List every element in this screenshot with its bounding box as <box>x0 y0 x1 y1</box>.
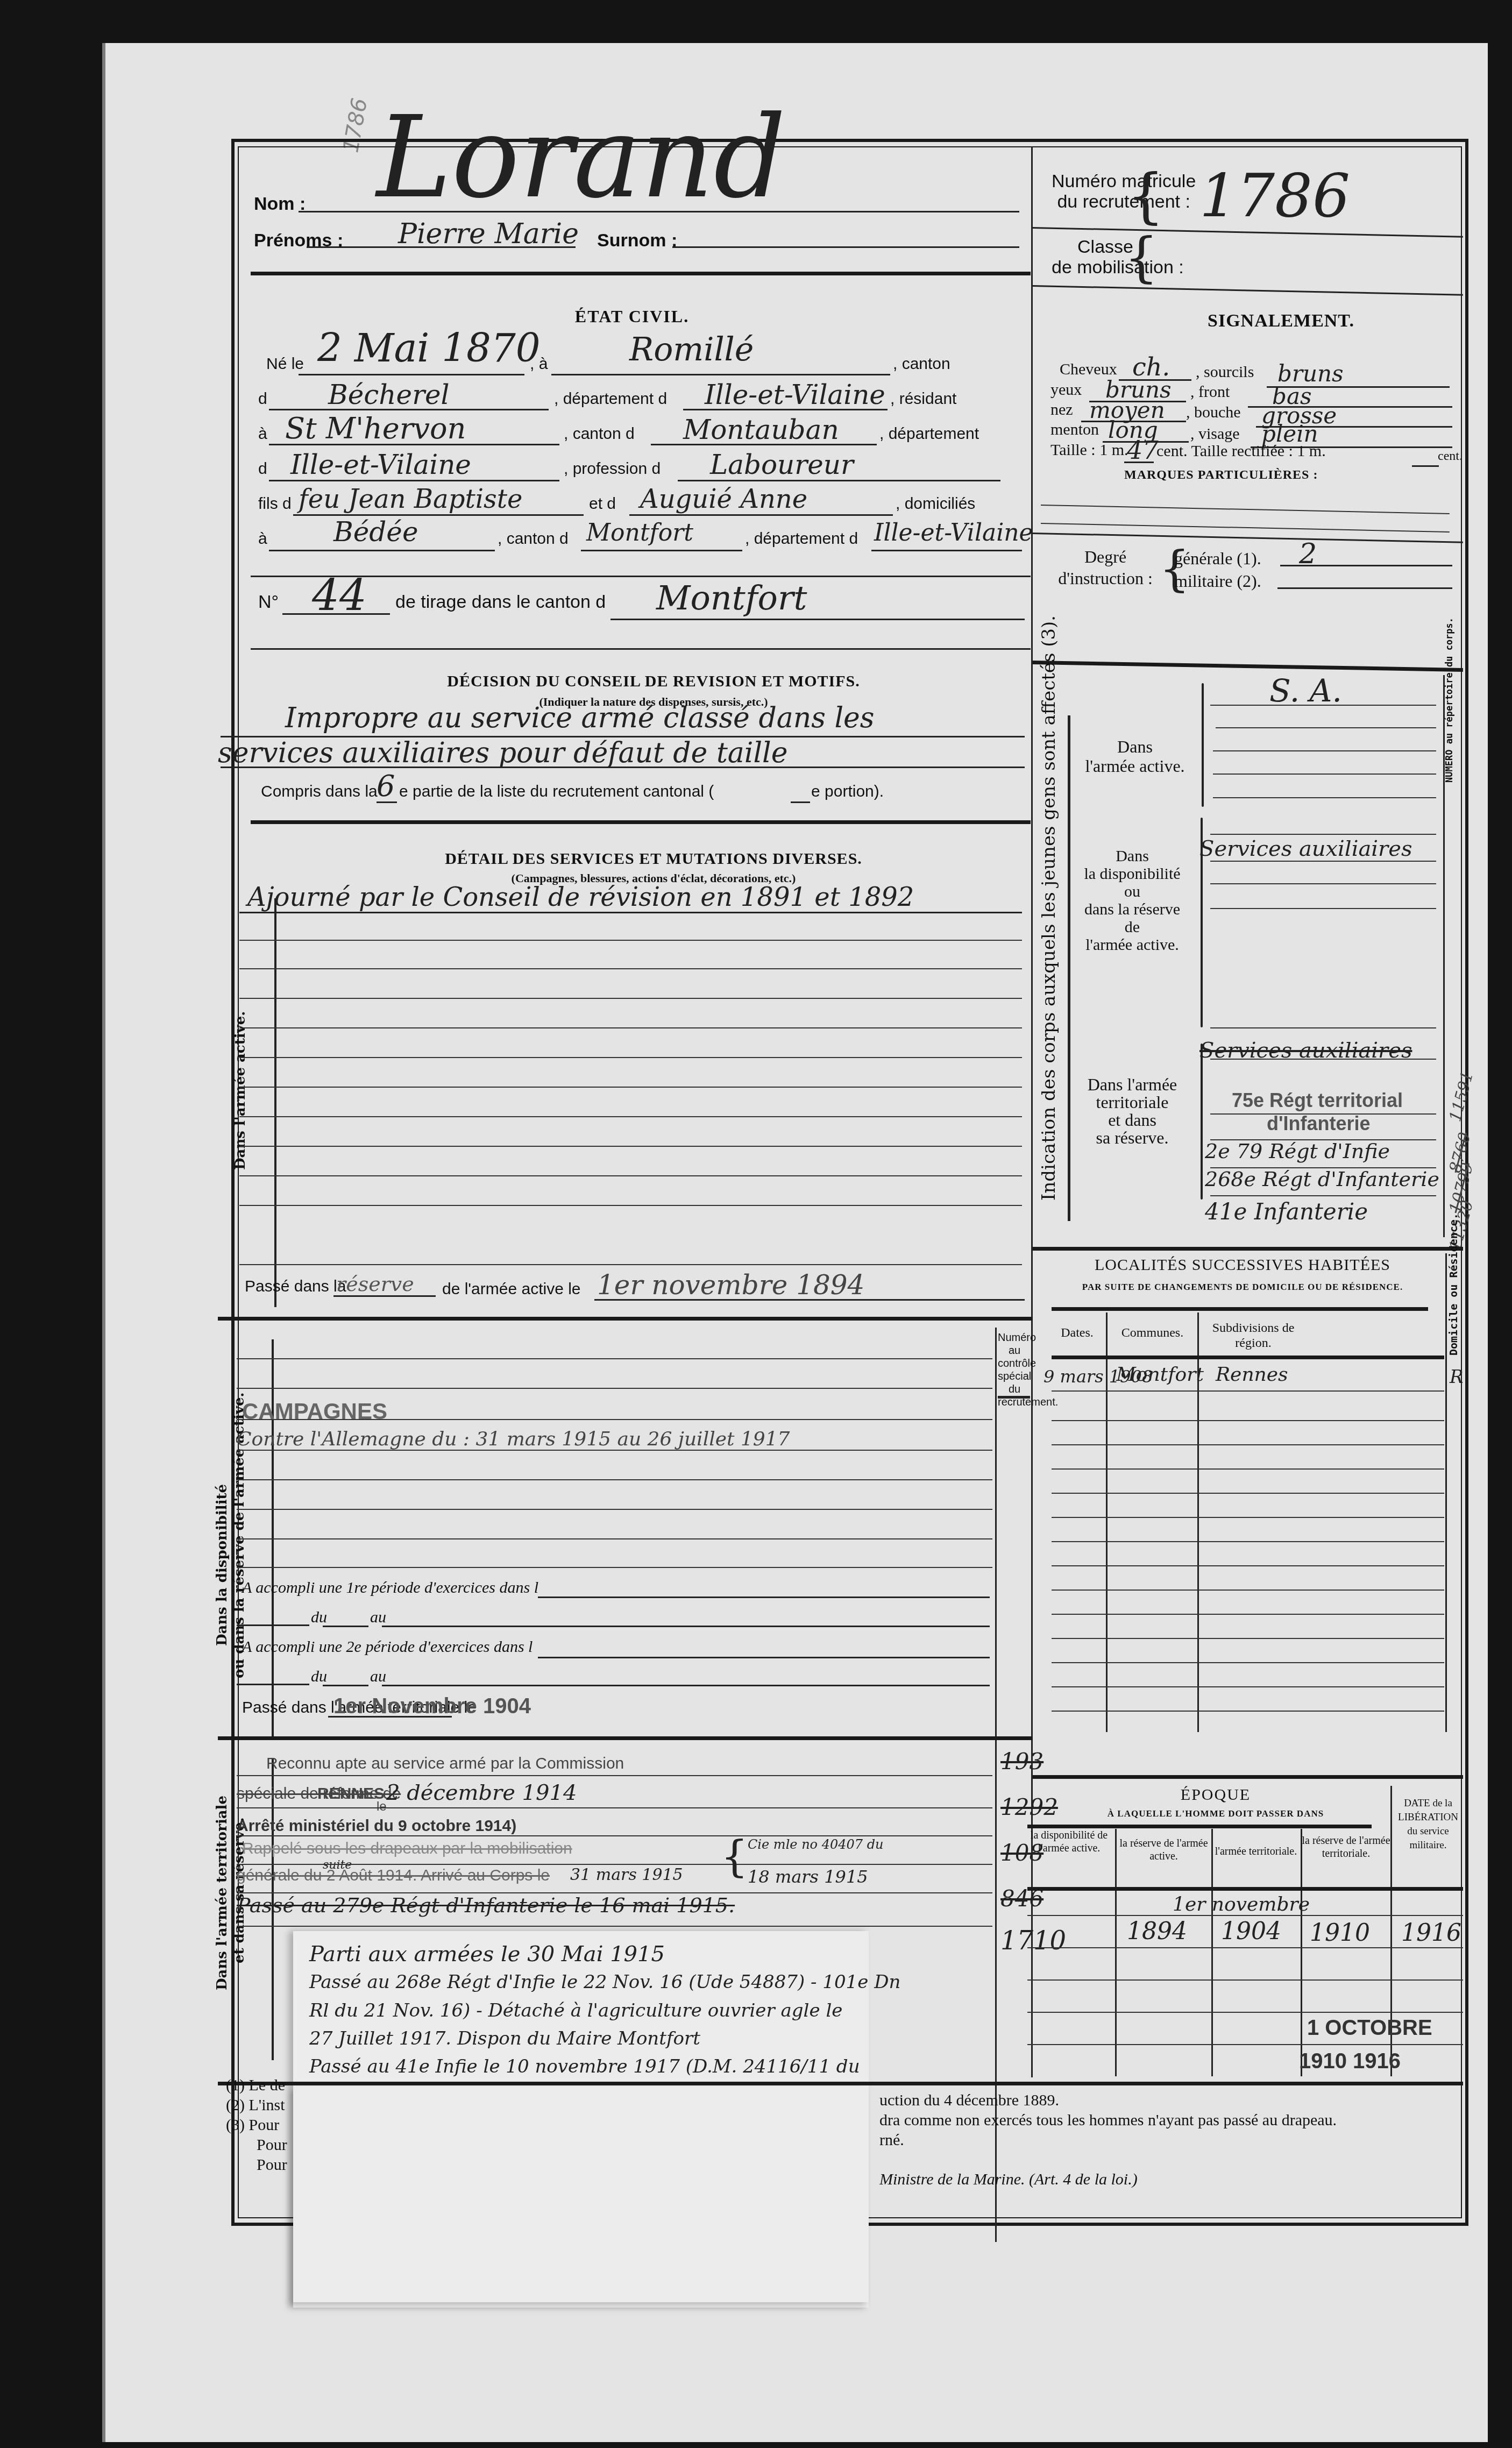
epoque-row-line <box>1027 2012 1463 2013</box>
ne-le-value[interactable]: 2 Mai 1870 <box>317 325 541 371</box>
epoque-row-line <box>1027 2044 1463 2045</box>
footnote-mark: (1) <box>226 2076 245 2094</box>
dom-departement-line <box>871 550 1022 551</box>
affect-line <box>1210 861 1436 862</box>
passe-reserve-label: Passé dans la <box>245 1278 346 1296</box>
front-label: , front <box>1190 383 1230 401</box>
localites-row-line <box>1052 1590 1444 1591</box>
divider <box>218 1317 1033 1321</box>
localites-row-line <box>1052 1638 1444 1639</box>
epoque-row-line <box>1027 1915 1463 1916</box>
affect-terr-brace <box>1201 1044 1203 1200</box>
fils-de-label: fils d <box>258 495 292 513</box>
services-line <box>237 1358 992 1359</box>
footnote-tail: uction du 4 décembre 1889. <box>879 2091 1059 2110</box>
matricule-label-line-2: du recrutement : <box>1052 191 1196 212</box>
tirage-label: de tirage dans le canton d <box>395 592 606 613</box>
departement2-label: , département <box>879 425 979 443</box>
compris-suffix: e partie de la liste du recrutement cant… <box>399 783 714 801</box>
epoque-row-line <box>1027 1947 1463 1948</box>
degre-label-line-1: Degré <box>1057 546 1154 567</box>
visage-label: , visage <box>1190 425 1240 443</box>
affect-dispo-label-line-3: ou <box>1073 883 1191 900</box>
right-number[interactable]: 193 <box>1000 1748 1044 1775</box>
departement-label: , département d <box>554 390 667 408</box>
departement-value[interactable]: Ille-et-Vilaine <box>705 379 885 410</box>
localites-side-divider <box>1445 1253 1447 1732</box>
passe-279[interactable]: Passé au 279e Régt d'Infanterie le 16 ma… <box>237 1893 735 1917</box>
divider <box>1033 1775 1463 1779</box>
surnom-field-line <box>672 246 1019 248</box>
dom-a-label: à <box>258 530 267 548</box>
periode1-line <box>538 1596 990 1598</box>
affect-line <box>1210 883 1436 884</box>
periode2-au-line <box>382 1685 990 1686</box>
taille-value[interactable]: 47 <box>1127 436 1159 465</box>
footnote-tail: rné. <box>879 2131 904 2149</box>
services-line <box>239 1087 1022 1088</box>
affect-terr-line-3[interactable]: 41e Infanterie <box>1205 1198 1368 1225</box>
matricule-brace: { <box>1127 161 1165 230</box>
services-line <box>237 1807 992 1808</box>
epoque-handwritten-header[interactable]: 1er novembre <box>1173 1893 1310 1915</box>
arrete-line: Arrêté ministériel du 9 octobre 1914) <box>237 1817 516 1835</box>
profession-value[interactable]: Laboureur <box>710 449 854 480</box>
epoque-col-divider <box>1301 1829 1302 2076</box>
numero-repertoire-label: NUMÉRO au répertoire du corps. <box>1444 618 1455 783</box>
localites-row-line <box>1052 1444 1444 1445</box>
a-label: , à <box>530 355 548 373</box>
numero-divider <box>1443 675 1445 1237</box>
decision-motif-line-2[interactable]: services auxiliaires pour défaut de tail… <box>218 737 787 769</box>
services-line <box>237 1926 992 1927</box>
periode2-line <box>538 1657 990 1658</box>
footnote-mark: (3) <box>226 2116 245 2134</box>
periode2-du-before <box>237 1684 309 1685</box>
services-line <box>237 1567 992 1568</box>
slip-line[interactable]: Parti aux armées le 30 Mai 1915 <box>309 1942 665 1967</box>
residant-label: , résidant <box>890 390 956 408</box>
localites-commune[interactable]: Montfort <box>1116 1364 1204 1386</box>
dom-departement-value[interactable]: Ille-et-Vilaine <box>874 519 1033 547</box>
portion-line <box>791 801 810 803</box>
tirage-no-value[interactable]: 44 <box>312 570 367 620</box>
footnote-tail: dra comme non exercés tous les hommes n'… <box>879 2111 1337 2130</box>
services-line <box>237 1775 992 1776</box>
nom-value[interactable]: Lorand <box>377 91 786 223</box>
epoque-value-reserve-active[interactable]: 1894 <box>1127 1918 1187 1945</box>
affect-line <box>1210 705 1436 706</box>
compris-label: Compris dans la <box>261 783 378 801</box>
dept2-d-label: d <box>258 460 267 478</box>
domicilies-label: , domiciliés <box>896 495 975 513</box>
periode2-label: A accompli une 2e période d'exercices da… <box>242 1638 533 1656</box>
affect-line <box>1213 797 1436 798</box>
slip-line[interactable]: Passé au 41e Infie le 10 novembre 1917 (… <box>309 2056 860 2077</box>
localites-header-rule <box>1052 1307 1428 1311</box>
militaire-label: militaire (2). <box>1174 571 1261 591</box>
epoque-col-divider <box>1115 1829 1117 2076</box>
tirage-no-label: N° <box>258 592 279 613</box>
epoque-header-rule <box>1027 1825 1372 1828</box>
services-line <box>239 1264 1022 1265</box>
periode1-label: A accompli une 1re période d'exercices d… <box>242 1579 538 1597</box>
affect-dispo-label-line-1: Dans <box>1073 847 1191 865</box>
divider <box>218 2082 1463 2085</box>
marques-title: MARQUES PARTICULIÈRES : <box>1124 468 1318 482</box>
localites-row-line <box>1052 1468 1444 1470</box>
services-line <box>237 1835 992 1836</box>
affect-line <box>1210 1113 1436 1115</box>
affect-dispo-label-line-6: l'armée active. <box>1073 936 1191 954</box>
dom-line <box>269 550 495 551</box>
periode2-du-line <box>323 1685 368 1686</box>
affect-line <box>1213 774 1436 775</box>
right-number[interactable]: 1710 <box>1000 1926 1066 1956</box>
decision-title: DÉCISION DU CONSEIL DE REVISION ET MOTIF… <box>277 672 1030 691</box>
services-line <box>239 1057 1022 1058</box>
epoque-row-line <box>1027 1979 1463 1981</box>
affect-line <box>1213 750 1436 751</box>
epoque-col-divider <box>1211 1829 1213 2076</box>
affect-active-label-line-1: Dans <box>1081 737 1189 756</box>
epoque-col-header: la réserve de l'armée territoriale. <box>1302 1834 1390 1860</box>
footnote-text: L'inst <box>249 2096 285 2114</box>
affect-active-value[interactable]: S. A. <box>1269 672 1342 709</box>
slip-line[interactable]: 27 Juillet 1917. Dispon du Maire Montfor… <box>309 2028 700 2049</box>
taille-label: Taille : 1 m. <box>1050 441 1128 459</box>
periode2-du: du <box>311 1668 327 1686</box>
tirage-canton-value[interactable]: Montfort <box>656 578 807 618</box>
epoque-stamp-2: 1910 1916 <box>1299 2049 1401 2074</box>
affect-terr-label-line-3: et dans <box>1073 1111 1191 1129</box>
sourcils-label: , sourcils <box>1196 363 1254 381</box>
rappele-date[interactable]: 31 mars 1915 <box>570 1865 683 1884</box>
generale-label: générale (1). <box>1174 549 1261 569</box>
surnom-label: Surnom : <box>597 230 677 251</box>
services-terr-vertical-1: Dans l'armée territoriale <box>214 1796 230 1990</box>
yeux-label: yeux <box>1050 381 1082 399</box>
periode1-du: du <box>311 1608 327 1627</box>
epoque-stamp-1: 1 OCTOBRE <box>1307 2016 1432 2040</box>
services-line <box>239 912 1022 913</box>
passe-reserve-mid: de l'armée active le <box>442 1280 581 1298</box>
degre-label-line-2: d'instruction : <box>1057 567 1154 589</box>
epoque-value-reserve-terr[interactable]: 1910 <box>1310 1919 1370 1947</box>
affect-terr-stamp-2: d'Infanterie <box>1267 1112 1371 1135</box>
matricule-label-line-1: Numéro matricule <box>1052 171 1196 191</box>
decision-motif-line-1[interactable]: Impropre au service armé classé dans les <box>285 702 875 734</box>
localites-dr[interactable]: R <box>1450 1366 1464 1388</box>
mere-value[interactable]: Auguié Anne <box>640 484 807 514</box>
footnote: (1) Le de <box>226 2076 285 2095</box>
mere-line <box>629 514 893 516</box>
rappele-line-1: Rappelé sous les drapeaux par la mobilis… <box>242 1840 572 1858</box>
affect-line <box>1216 727 1436 728</box>
services-line <box>237 1509 992 1510</box>
dom-value[interactable]: Bédée <box>333 516 418 548</box>
cheveux-label: Cheveux <box>1060 360 1117 379</box>
footnote: (2) L'inst <box>226 2096 285 2114</box>
localites-col-header: Communes. <box>1108 1326 1197 1340</box>
epoque-title: ÉPOQUE <box>1027 1786 1404 1804</box>
affect-active-brace <box>1202 683 1204 807</box>
localites-side-label: Domicile ou Résidence. <box>1447 1213 1460 1356</box>
services-line <box>237 1419 992 1420</box>
periode2-au: au <box>370 1668 386 1686</box>
compris-value[interactable]: 6 <box>377 769 395 803</box>
localites-row-line <box>1052 1517 1444 1518</box>
localites-title: LOCALITÉS SUCCESSIVES HABITÉES <box>1049 1256 1436 1274</box>
a-line <box>551 374 890 375</box>
numero-controle-underline <box>998 1396 1030 1399</box>
epoque-value-liberation[interactable]: 1916 <box>1401 1919 1461 1947</box>
services-line <box>239 998 1022 999</box>
localites-subtitle: PAR SUITE DE CHANGEMENTS DE DOMICILE OU … <box>1049 1282 1436 1293</box>
decision-line <box>221 767 1025 768</box>
periode1-au: au <box>370 1608 386 1627</box>
prenoms-value[interactable]: Pierre Marie <box>398 218 579 250</box>
rappele-brace-1[interactable]: Cie mle no 40407 du <box>748 1837 883 1852</box>
affect-terr-struck-value[interactable]: Services auxiliaires <box>1199 1038 1412 1063</box>
reconnu-le: le <box>377 1799 387 1814</box>
affectation-vertical-label: Indication des corps auxquels les jeunes… <box>1038 615 1060 1201</box>
affect-dispo-label: Dans la disponibilité ou dans la réserve… <box>1073 847 1191 954</box>
passe-reserve-value[interactable]: réserve <box>336 1272 414 1296</box>
prenoms-label: Prénoms : <box>254 230 343 251</box>
localites-col-header: Subdivisions de région. <box>1199 1321 1307 1351</box>
campagnes-stamp: CAMPAGNES <box>242 1399 387 1424</box>
tirage-canton-line <box>611 619 1025 620</box>
slip-line[interactable]: Rl du 21 Nov. 16) - Détaché à l'agricult… <box>309 2000 842 2021</box>
affect-terr-label-line-2: territoriale <box>1073 1094 1191 1111</box>
affect-line <box>1210 1195 1436 1196</box>
passe-reserve-date[interactable]: 1er novembre 1894 <box>597 1269 864 1301</box>
epoque-header-underline <box>1027 1887 1463 1891</box>
pere-line <box>293 514 584 516</box>
taille-rect-line <box>1412 465 1439 467</box>
epoque-subtitle: À LAQUELLE L'HOMME DOIT PASSER DANS <box>1027 1808 1404 1819</box>
epoque-value-territoriale[interactable]: 1904 <box>1221 1918 1281 1945</box>
campagnes-line[interactable]: Contre l'Allemagne du : 31 mars 1915 au … <box>237 1428 790 1450</box>
services-active-brace <box>274 898 276 1307</box>
birthplace-value[interactable]: Romillé <box>629 331 754 368</box>
localites-row-line <box>1052 1565 1444 1566</box>
canton-label: , canton <box>893 355 950 373</box>
localites-row-line <box>1052 1686 1444 1687</box>
epoque-col-header: la disponibilité de l'armée active. <box>1025 1829 1113 1855</box>
epoque-col-header: la réserve de l'armée active. <box>1117 1837 1211 1863</box>
services-line <box>239 1027 1022 1028</box>
affect-terr-stamp-1: 75e Régt territorial <box>1232 1089 1403 1112</box>
affect-dispo-label-line-5: de <box>1073 918 1191 936</box>
dom-departement-label: , département d <box>745 530 858 548</box>
nom-label: Nom : <box>254 194 306 215</box>
localites-row-line <box>1052 1493 1444 1494</box>
rappele-line-2: générale du 2 Août 1914. Arrivé au Corps… <box>237 1867 550 1885</box>
localites-row-line <box>1052 1711 1444 1712</box>
services-line <box>239 1146 1022 1147</box>
localites-row-line <box>1052 1614 1444 1615</box>
reconnu-stamp: RENNES <box>317 1785 385 1803</box>
localites-subdivision[interactable]: Rennes <box>1216 1364 1288 1386</box>
services-line <box>237 1538 992 1539</box>
footnote: Pour <box>257 2136 287 2154</box>
taille-rect-label: cent. Taille rectifiée : 1 m. <box>1156 442 1326 460</box>
services-line <box>237 1864 992 1865</box>
canton2-value[interactable]: Montauban <box>683 414 839 445</box>
divider <box>251 272 1031 275</box>
portion-suffix: e portion). <box>811 783 884 801</box>
services-active-line-1[interactable]: Ajourné par le Conseil de révision en 18… <box>247 882 914 912</box>
services-title: DÉTAIL DES SERVICES ET MUTATIONS DIVERSE… <box>277 850 1030 868</box>
militaire-line <box>1277 587 1452 589</box>
affectation-bracket <box>1068 715 1070 1221</box>
pere-value[interactable]: feu Jean Baptiste <box>299 484 522 514</box>
footnote: (3) Pour <box>226 2116 279 2134</box>
localites-col-header: Dates. <box>1049 1326 1105 1340</box>
footnote-text: Le de <box>249 2076 285 2094</box>
affect-dispo-value[interactable]: Services auxiliaires <box>1199 836 1412 861</box>
slip-line[interactable]: Passé au 268e Régt d'Infie le 22 Nov. 16… <box>309 1971 900 1993</box>
affect-terr-line-2[interactable]: 268e Régt d'Infanterie <box>1205 1167 1439 1191</box>
divider <box>251 576 1031 577</box>
epoque-liberation-header: DATE de la LIBÉRATION du service militai… <box>1393 1797 1463 1853</box>
ne-le-line <box>299 374 524 375</box>
footnote-tail: Ministre de la Marine. (Art. 4 de la loi… <box>879 2170 1138 2189</box>
affect-terr-line-1[interactable]: 2e 79 Régt d'Infie <box>1205 1139 1390 1163</box>
rappele-brace-2[interactable]: 18 mars 1915 <box>748 1867 868 1887</box>
residant-a-label: à <box>258 425 267 443</box>
periode1-du-line <box>323 1626 368 1627</box>
affect-active-label-line-2: l'armée active. <box>1081 756 1189 776</box>
signalement-title: SIGNALEMENT. <box>1208 311 1354 331</box>
services-line <box>239 1175 1022 1176</box>
canton2-label: , canton d <box>564 425 635 443</box>
services-line <box>237 1450 992 1451</box>
reconnu-line-1: Reconnu apte au service armé par la Comm… <box>266 1755 624 1773</box>
localites-row-line <box>1052 1541 1444 1542</box>
affect-line <box>1210 1027 1436 1028</box>
services-line <box>237 1479 992 1480</box>
dom-canton-value[interactable]: Montfort <box>586 519 693 547</box>
affect-terr-label: Dans l'armée territoriale et dans sa rés… <box>1073 1076 1191 1147</box>
services-line <box>237 1388 992 1389</box>
localites-row-line <box>1052 1662 1444 1663</box>
services-line <box>239 1116 1022 1117</box>
localites-row-line <box>1052 1390 1444 1392</box>
canton-value[interactable]: Bécherel <box>328 379 450 410</box>
periode1-au-line <box>382 1626 990 1627</box>
divider <box>251 648 1031 650</box>
localites-row-line <box>1052 1420 1444 1421</box>
nez-label: nez <box>1050 401 1073 419</box>
generale-value[interactable]: 2 <box>1299 538 1317 570</box>
periode1-du-before <box>237 1624 309 1626</box>
divider <box>218 1736 1033 1740</box>
localites-header-underline <box>1052 1356 1444 1359</box>
degre-label: Degré d'instruction : <box>1057 546 1154 589</box>
affect-dispo-label-line-2: la disponibilité <box>1073 865 1191 883</box>
et-de-label: et d <box>589 495 616 513</box>
affect-dispo-label-line-4: dans la réserve <box>1073 900 1191 918</box>
dom-canton-label: , canton d <box>498 530 569 548</box>
canton-d-label: d <box>258 390 267 408</box>
footnote: Pour <box>257 2156 287 2174</box>
affect-terr-label-line-1: Dans l'armée <box>1073 1076 1191 1094</box>
dom-canton-line <box>581 550 742 551</box>
etat-civil-title: ÉTAT CIVIL. <box>331 307 933 327</box>
services-dispo-vertical-1: Dans la disponibilité <box>214 1484 230 1646</box>
matricule-value[interactable]: 1786 <box>1199 161 1350 230</box>
reconnu-date[interactable]: 2 décembre 1914 <box>386 1780 577 1805</box>
passe-terr-value[interactable]: 1er Novembre 1904 <box>333 1694 531 1719</box>
residant-value[interactable]: St M'hervon <box>285 411 466 445</box>
affect-line <box>1210 908 1436 909</box>
profession-label: , profession d <box>564 460 661 478</box>
departement2-value[interactable]: Ille-et-Vilaine <box>290 449 471 480</box>
epoque-col-header: l'armée territoriale. <box>1213 1845 1299 1858</box>
services-line <box>239 1205 1022 1206</box>
footnote-mark: (2) <box>226 2096 245 2114</box>
divider <box>251 820 1031 824</box>
affect-terr-label-line-4: sa réserve. <box>1073 1129 1191 1147</box>
affect-line <box>1210 834 1436 835</box>
cent-label: cent. <box>1438 449 1463 464</box>
menton-label: menton <box>1050 421 1099 439</box>
pasted-slip-lower <box>293 2087 869 2302</box>
affect-active-label: Dans l'armée active. <box>1081 737 1189 776</box>
footnote-text: Pour <box>249 2116 279 2134</box>
services-line <box>239 968 1022 969</box>
rappele-brace: { <box>721 1832 748 1882</box>
bouche-label: , bouche <box>1186 403 1241 422</box>
divider <box>1033 1247 1463 1251</box>
classe-brace: { <box>1124 226 1159 289</box>
ne-le-label: Né le <box>266 355 304 373</box>
matricule-label: Numéro matricule du recrutement : <box>1052 171 1196 212</box>
services-line <box>239 940 1022 941</box>
